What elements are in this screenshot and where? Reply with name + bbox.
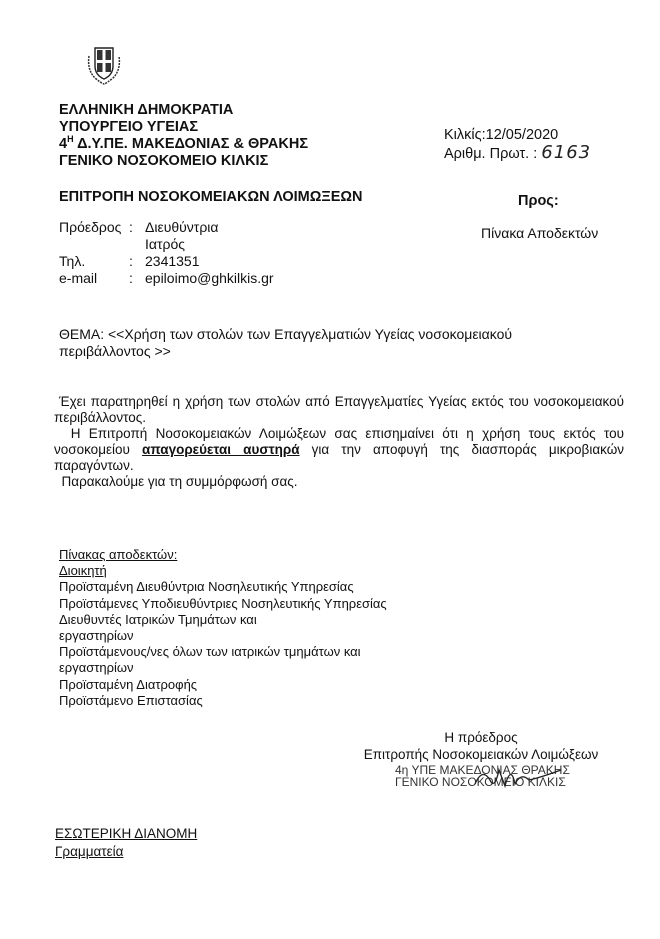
contact-block: Πρόεδρος:Διευθύντρια Ιατρός Τηλ.:2341351…	[59, 219, 274, 287]
contact-row: Τηλ.:2341351	[59, 253, 274, 270]
distribution-item: Προϊστάμενες Υποδιευθύντριες Νοσηλευτική…	[59, 596, 387, 612]
distribution-item: Προϊστάμενο Επιστασίας	[59, 693, 387, 709]
body-paragraph: Έχει παρατηρηθεί η χρήση των στολών από …	[54, 394, 624, 426]
body-paragraph: Η Επιτροπή Νοσοκομειακών Λοιμώξεων σας ε…	[54, 426, 624, 474]
internal-distribution-item: Γραμματεία	[55, 843, 197, 861]
distribution-title: Πίνακας αποδεκτών:	[59, 547, 387, 563]
header-line: ΥΠΟΥΡΓΕΙΟ ΥΓΕΙΑΣ	[59, 119, 308, 136]
to-label: Προς:	[518, 193, 559, 209]
body-paragraph: Παρακαλούμε για τη συμμόρφωσή σας.	[54, 474, 624, 490]
email-link[interactable]: epiloimo@ghkilkis.gr	[145, 270, 274, 287]
distribution-item: Διοικητή	[59, 563, 387, 579]
distribution-item: Προϊστάμενους/νες όλων των ιατρικών τμημ…	[59, 644, 387, 660]
internal-distribution-title: ΕΣΩΤΕΡΙΚΗ ΔΙΑΝΟΜΗ	[55, 825, 197, 843]
subject-line: ΘΕΜΑ: <<Χρήση των στολών των Επαγγελματι…	[59, 326, 579, 360]
protocol-line: Αριθμ. Πρωτ. : 6163	[444, 144, 591, 163]
official-stamp: 4η ΥΠΕ ΜΑΚΕΔΟΝΙΑΣ ΘΡΑΚΗΣ ΓΕΝΙΚΟ ΝΟΣΟΚΟΜΕ…	[395, 764, 570, 788]
internal-distribution: ΕΣΩΤΕΡΙΚΗ ΔΙΑΝΟΜΗ Γραμματεία	[55, 825, 197, 861]
contact-row: Ιατρός	[59, 236, 274, 253]
distribution-item: Προϊσταμένη Διατροφής	[59, 677, 387, 693]
header-hospital: ΓΕΝΙΚΟ ΝΟΣΟΚΟΜΕΙΟ ΚΙΛΚΙΣ	[59, 153, 308, 170]
document-meta: Κιλκίς:12/05/2020 Αριθμ. Πρωτ. : 6163	[444, 126, 591, 163]
contact-row: e-mail:epiloimo@ghkilkis.gr	[59, 270, 274, 287]
committee-title: ΕΠΙΤΡΟΠΗ ΝΟΣΟΚΟΜΕΙΑΚΩΝ ΛΟΙΜΩΞΕΩΝ	[59, 189, 362, 205]
distribution-item: Προϊσταμένη Διευθύντρια Νοσηλευτικής Υπη…	[59, 579, 387, 595]
protocol-number: 6163	[541, 142, 591, 163]
handwritten-signature-icon	[473, 758, 563, 792]
distribution-item: εργαστηρίων	[59, 628, 387, 644]
distribution-list: Πίνακας αποδεκτών: Διοικητή Προϊσταμένη …	[59, 547, 387, 709]
header-region: 4Η Δ.Υ.ΠΕ. ΜΑΚΕΔΟΝΙΑΣ & ΘΡΑΚΗΣ	[59, 136, 308, 153]
contact-row: Πρόεδρος:Διευθύντρια	[59, 219, 274, 236]
header-line: ΕΛΛΗΝΙΚΗ ΔΗΜΟΚΡΑΤΙΑ	[59, 102, 308, 119]
to-value: Πίνακα Αποδεκτών	[481, 225, 598, 241]
issuer-header: ΕΛΛΗΝΙΚΗ ΔΗΜΟΚΡΑΤΙΑ ΥΠΟΥΡΓΕΙΟ ΥΓΕΙΑΣ 4Η …	[59, 102, 308, 170]
signature-role: Η πρόεδρος	[352, 729, 610, 746]
greek-coat-of-arms-icon	[83, 42, 125, 86]
letter-body: Έχει παρατηρηθεί η χρήση των στολών από …	[54, 394, 624, 490]
distribution-item: Διευθυντές Ιατρικών Τμημάτων και	[59, 612, 387, 628]
distribution-item: εργαστηρίων	[59, 660, 387, 676]
emphasis-text: απαγορεύεται αυστηρά	[142, 442, 299, 457]
